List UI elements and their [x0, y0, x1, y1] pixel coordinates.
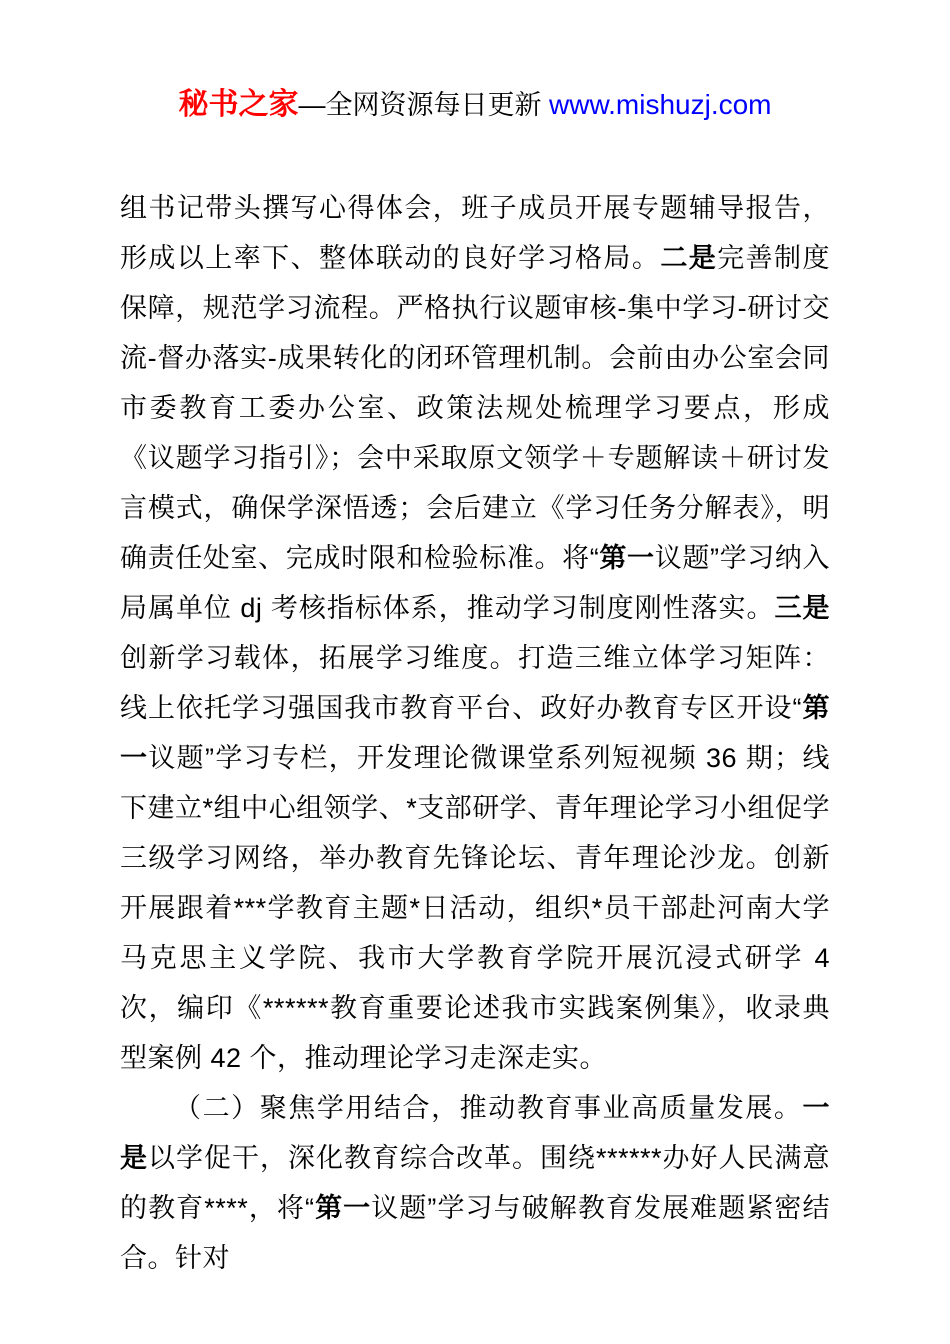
paragraph: （二）聚焦学用结合，推动教育事业高质量发展。一是以学促干，深化教育综合改革。围绕… — [120, 1083, 830, 1283]
body-text: 创新学习载体，拓展学习维度。打造三维立体学习矩阵：线上依托学习强国我市教育平台、… — [120, 643, 830, 723]
paragraph: 组书记带头撰写心得体会，班子成员开展专题辅导报告，形成以上率下、整体联动的良好学… — [120, 183, 830, 1083]
site-header: 秘书之家—全网资源每日更新 www.mishuzj.com — [0, 0, 950, 127]
emphasis-text: 第一 — [315, 1193, 372, 1223]
body-text: 完善制度保障，规范学习流程。严格执行议题审核-集中学习-研讨交流-督办落实-成果… — [120, 243, 830, 573]
document-page: 秘书之家—全网资源每日更新 www.mishuzj.com 组书记带头撰写心得体… — [0, 0, 950, 1344]
emphasis-text: 第一 — [599, 543, 654, 573]
emphasis-text: 三是 — [775, 593, 830, 623]
site-tagline: —全网资源每日更新 — [299, 90, 550, 120]
body-text: 议题”学习专栏，开发理论微课堂系列短视频 36 期；线下建立*组中心组领学、*支… — [120, 743, 830, 1073]
emphasis-text: 二是 — [660, 243, 717, 273]
body-text: （二）聚焦学用结合，推动教育事业高质量发展。 — [174, 1093, 803, 1123]
site-brand: 秘书之家 — [179, 88, 299, 121]
site-url[interactable]: www.mishuzj.com — [549, 89, 771, 120]
document-body: 组书记带头撰写心得体会，班子成员开展专题辅导报告，形成以上率下、整体联动的良好学… — [120, 183, 830, 1283]
